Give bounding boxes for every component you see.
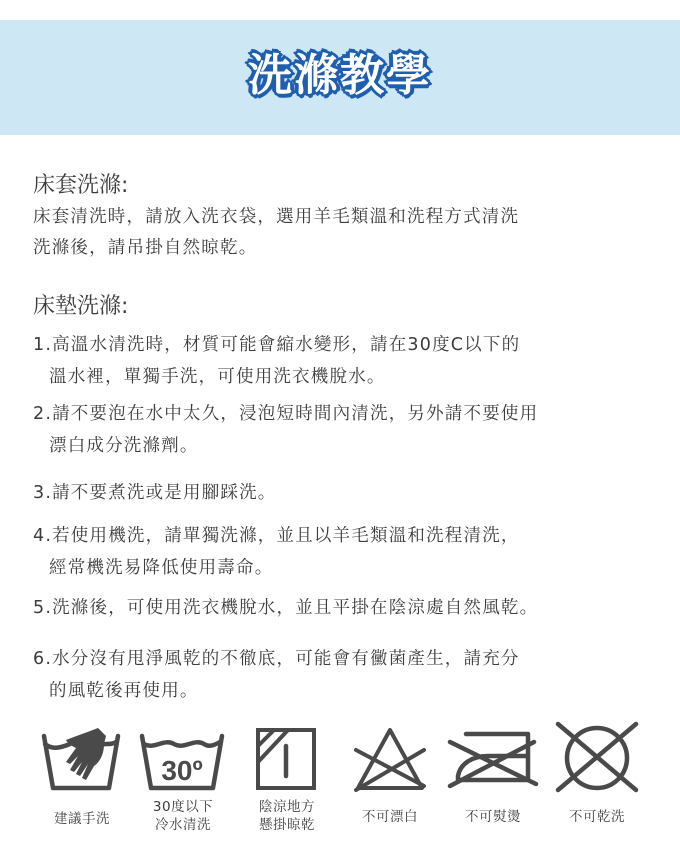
instruction-continuation: 漂白成分洗滌劑。	[33, 430, 538, 462]
no-iron-caption: 不可熨燙	[452, 808, 534, 826]
dry-flat-shade-icon	[254, 726, 318, 792]
mattress-instruction-1: 1.高溫水清洗時，材質可能會縮水變形，請在30度C以下的 溫水裡，單獨手洗，可使…	[33, 329, 520, 393]
instruction-text: 3.請不要煮洗或是用腳踩洗。	[33, 483, 277, 503]
no-dry-clean-icon	[552, 720, 642, 794]
instruction-text: 4.若使用機洗，請單獨洗滌，並且以羊毛類溫和洗程清洗，	[33, 526, 520, 546]
bedcover-line-1: 床套清洗時，請放入洗衣袋，選用羊毛類溫和洗程方式清洗	[33, 202, 519, 233]
svg-text:30º: 30º	[161, 755, 202, 786]
no-dry-clean-caption: 不可乾洗	[556, 808, 638, 826]
no-iron-icon	[446, 726, 540, 792]
instruction-text: 1.高溫水清洗時，材質可能會縮水變形，請在30度C以下的	[33, 335, 520, 355]
instruction-text: 2.請不要泡在水中太久，浸泡短時間內清洗，另外請不要使用	[33, 404, 538, 424]
bedcover-line-2: 洗滌後，請吊掛自然晾乾。	[33, 233, 257, 264]
no-bleach-caption: 不可漂白	[350, 808, 430, 826]
section-heading-mattress: 床墊洗滌:	[33, 289, 128, 320]
mattress-instruction-6: 6.水分沒有甩淨風乾的不徹底，可能會有黴菌產生，請充分 的風乾後再使用。	[33, 643, 520, 707]
instruction-continuation: 經常機洗易降低使用壽命。	[33, 552, 520, 584]
mattress-instruction-5: 5.洗滌後，可使用洗衣機脫水，並且平掛在陰涼處自然風乾。	[33, 592, 538, 624]
instruction-continuation: 的風乾後再使用。	[33, 675, 520, 707]
mattress-instruction-3: 3.請不要煮洗或是用腳踩洗。	[33, 477, 277, 509]
wash-30-icon: 30º	[138, 726, 226, 792]
instruction-text: 6.水分沒有甩淨風乾的不徹底，可能會有黴菌產生，請充分	[33, 649, 520, 669]
hand-wash-icon	[40, 726, 122, 792]
hand-wash-caption: 建議手洗	[42, 810, 122, 828]
instruction-continuation: 溫水裡，單獨手洗，可使用洗衣機脫水。	[33, 361, 520, 393]
mattress-instruction-4: 4.若使用機洗，請單獨洗滌，並且以羊毛類溫和洗程清洗， 經常機洗易降低使用壽命。	[33, 520, 520, 584]
section-heading-bedcover: 床套洗滌:	[33, 168, 128, 199]
no-bleach-icon	[352, 726, 428, 792]
instruction-text: 5.洗滌後，可使用洗衣機脫水，並且平掛在陰涼處自然風乾。	[33, 598, 538, 618]
care-symbols: 建議手洗 30º 30度以下 冷水清洗 陰涼地方 懸掛晾乾 不可漂白	[0, 712, 680, 852]
title-banner: 洗滌教學	[0, 20, 680, 135]
dry-flat-shade-caption: 陰涼地方 懸掛晾乾	[244, 798, 330, 834]
wash-30-caption: 30度以下 冷水清洗	[140, 798, 226, 834]
mattress-instruction-2: 2.請不要泡在水中太久，浸泡短時間內清洗，另外請不要使用 漂白成分洗滌劑。	[33, 398, 538, 462]
page-title: 洗滌教學	[0, 48, 680, 104]
